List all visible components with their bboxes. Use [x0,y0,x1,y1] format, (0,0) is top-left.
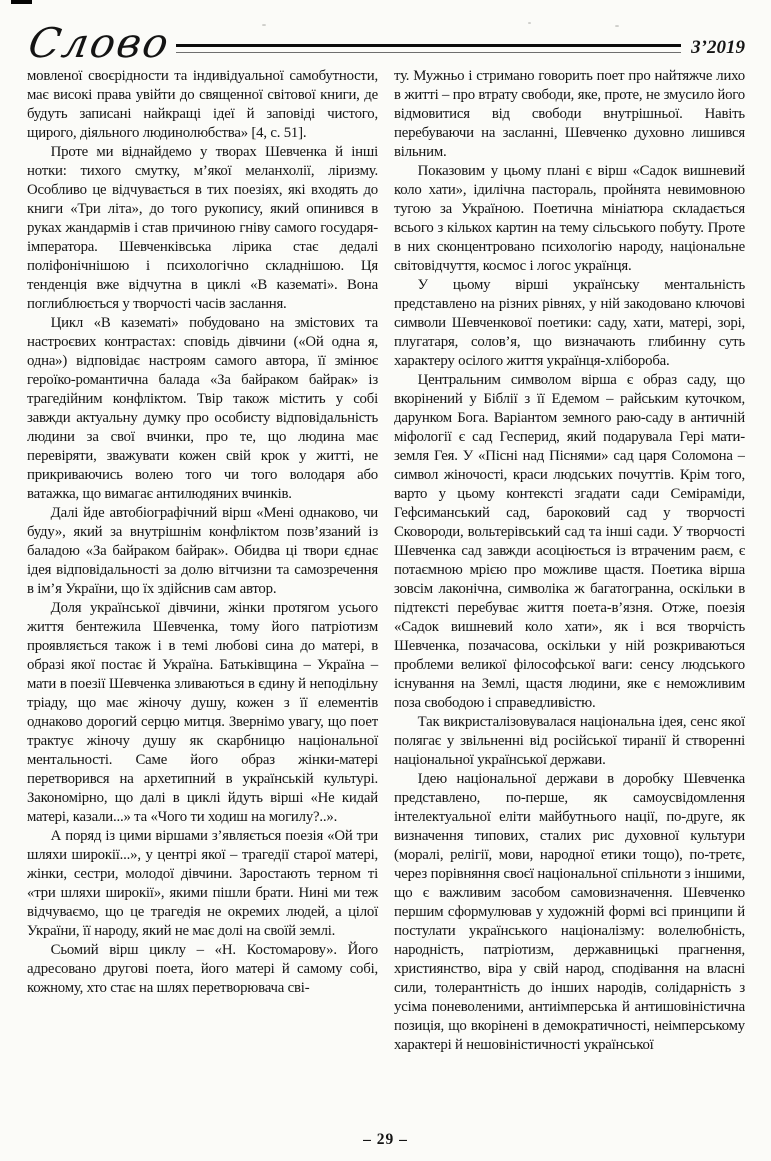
paragraph: Сьомий вірш циклу – «Н. Костомарову». Йо… [27,941,378,998]
page-number: – 29 – [0,1131,771,1149]
paragraph: У цьому вірші українську ментальність пр… [394,276,745,371]
journal-logo: Слово [24,25,177,62]
scan-artifact [528,22,531,24]
paragraph: мовленої своєрідности та індивідуальної … [27,67,378,143]
scan-artifact [11,0,32,4]
paragraph: Так викристалізовувалася національна іде… [394,713,745,770]
paragraph: Центральним символом вірша є образ саду,… [394,371,745,713]
paragraph: ту. Мужньо і стримано говорить поет про … [394,67,745,162]
issue-number: 3’2019 [691,37,745,62]
paragraph: Проте ми віднайдемо у творах Шевченка й … [27,143,378,314]
scan-artifact [615,25,619,27]
journal-page: Слово 3’2019 мовленої своєрідности та ін… [0,0,771,1113]
paragraph: Ідею національної держави в доробку Шевч… [394,770,745,1055]
page-header: Слово 3’2019 [27,10,745,62]
paragraph: Далі йде автобіографічний вірш «Мені одн… [27,504,378,599]
right-column: ту. Мужньо і стримано говорить поет про … [394,67,745,1113]
header-double-rule [176,44,681,53]
paragraph: Доля української дівчини, жінки протягом… [27,599,378,827]
text-columns: мовленої своєрідности та індивідуальної … [27,67,745,1113]
paragraph: Показовим у цьому плані є вірш «Садок ви… [394,162,745,276]
left-column: мовленої своєрідности та індивідуальної … [27,67,378,1113]
scan-artifact [262,24,266,26]
paragraph: А поряд із цими віршами з’являється поез… [27,827,378,941]
paragraph: Цикл «В казематі» побудовано на змістови… [27,314,378,504]
